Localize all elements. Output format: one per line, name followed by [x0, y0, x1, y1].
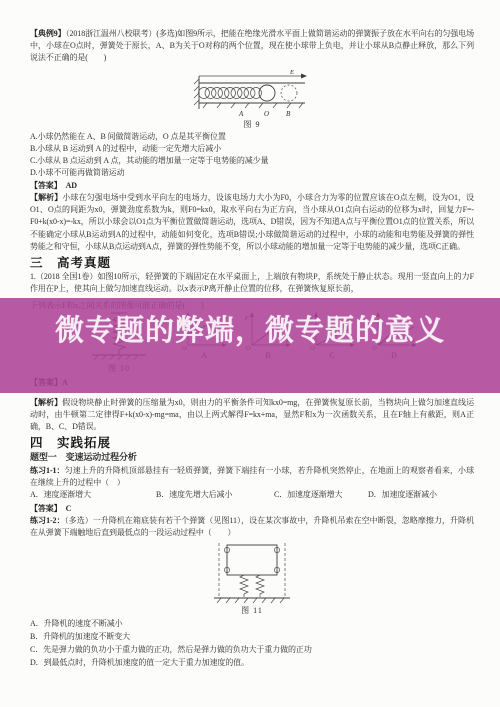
- banner-zone: 下列表示F和x之间关系的图像可能正确的是( ) 图 10: [0, 298, 500, 393]
- figure9-label-o: O: [264, 110, 269, 118]
- figure9-block: E: [30, 67, 474, 131]
- figure9-field-label: E: [289, 69, 294, 76]
- analysis-body: 假设物块静止时弹簧的压缩量为x0，则由力的平衡条件可知kx0=mg，在弹簧恢复原…: [30, 398, 474, 431]
- promo-banner-text: 微专题的弊端，微专题的意义: [55, 308, 445, 349]
- exercise12-paragraph: 练习1-2：（多选）一升降机在箱底装有若干个弹簧（见图11），设在某次事故中，升…: [30, 515, 474, 539]
- option-b: B．升降机的加速度不断变大: [30, 630, 474, 643]
- exercise11-options: A．速度逐渐增大 B．速度先增大后减小 C．加速度逐渐增大 D．加速度逐渐减小: [30, 489, 474, 502]
- example9-analysis: 【解析】小球在匀强电场中受到水平向左的电场力，设该电场力大小为F0，小球合力为零…: [30, 192, 474, 253]
- figure9-channel: [199, 83, 305, 108]
- answer-value: AD: [66, 181, 77, 190]
- analysis-body: 小球在匀强电场中受到水平向左的电场力，设该电场力大小为F0，小球合力为零的位置应…: [30, 193, 474, 251]
- exercise11-label: 练习1-1：: [30, 466, 65, 475]
- figure11-spring-left: [240, 575, 248, 597]
- gaokao1-paragraph: 1.（2018 全国1卷）如图10所示，轻弹簧的下端固定在水平桌面上，上端放有物…: [30, 271, 474, 295]
- figure9-spring-coil: [199, 87, 262, 98]
- gaokao1-analysis: 【解析】假设物块静止时弹簧的压缩量为x0，则由力的平衡条件可知kx0=mg，在弹…: [30, 397, 474, 434]
- figure9-position-labels: A O B: [238, 110, 291, 118]
- figure9-caption: 图 9: [30, 119, 474, 131]
- figure11-diagram: [206, 541, 298, 605]
- answer-value: C: [66, 504, 72, 513]
- section-practice-heading: 四 实践拓展: [30, 437, 474, 449]
- analysis-tag: 【解析】: [30, 398, 62, 407]
- figure11-ground: [214, 598, 290, 603]
- exercise12-body: （多选）一升降机在箱底装有若干个弹簧（见图11），设在某次事故中，升降机吊索在空…: [30, 516, 474, 537]
- exercise11-answer-line: 【答案】C: [30, 503, 474, 515]
- analysis-tag: 【解析】: [30, 193, 62, 202]
- example9-answer-line: 【答案】AD: [30, 180, 474, 192]
- promo-banner: 微专题的弊端，微专题的意义: [0, 298, 500, 393]
- option-a: A．升降机的速度不断减小: [30, 617, 474, 630]
- option-c: C．先是弹力做的负功小于重力做的正功，然后是弹力做的负功大于重力做的正功: [30, 643, 474, 656]
- example9-tag: 【典例9】: [30, 29, 66, 38]
- exercise11-paragraph: 练习1-1：匀速上升的升降机顶部悬挂有一轻质弹簧，弹簧下端挂有一小球，若升降机突…: [30, 465, 474, 489]
- option-b: B．速度先增大后减小: [156, 489, 274, 502]
- figure11-rollers: [224, 548, 279, 573]
- figure11-caption: 图 11: [30, 605, 474, 617]
- document-page: 【典例9】（2018浙江温州八校联考）(多选)如图9所示，把能在绝缘光滑水平面上…: [0, 0, 500, 707]
- figure11-block: 图 11: [30, 541, 474, 617]
- figure9-ball-dashed: [281, 85, 297, 101]
- example9-options: A.小球仍然能在 A、B 间做简谐运动，O 点是其平衡位置 B.小球从 B 运动…: [30, 131, 474, 179]
- figure11-cab: [227, 545, 277, 575]
- example9-paragraph: 【典例9】（2018浙江温州八校联考）(多选)如图9所示，把能在绝缘光滑水平面上…: [30, 28, 474, 65]
- figure9-label-b: B: [286, 110, 291, 118]
- exercise12-label: 练习1-2：: [30, 516, 65, 525]
- option-b: B.小球从 B 运动到 A 的过程中，动能一定先增大后减小: [30, 143, 474, 155]
- answer-tag: 【答案】: [30, 504, 62, 513]
- page-content-top: 【典例9】（2018浙江温州八校联考）(多选)如图9所示，把能在绝缘光滑水平面上…: [0, 0, 500, 296]
- example9-body: （2018浙江温州八校联考）(多选)如图9所示，把能在绝缘光滑水平面上做简谐运动…: [30, 29, 474, 62]
- question-type-heading: 题型一 变速运动过程分析: [30, 451, 474, 463]
- option-c: C.小球从 B 点运动到 A 点，其动能的增加量一定等于电势能的减少量: [30, 155, 474, 167]
- exercise11-body: 匀速上升的升降机顶部悬挂有一轻质弹簧，弹簧下端挂有一小球，若升降机突然停止，在地…: [30, 466, 474, 487]
- section-gaokao-heading: 三 高考真题: [30, 257, 474, 269]
- figure11-spring-right: [256, 575, 264, 597]
- option-c: C．加速度逐渐增大: [274, 489, 368, 502]
- answer-tag: 【答案】: [30, 181, 62, 190]
- option-a: A.小球仍然能在 A、B 间做简谐运动，O 点是其平衡位置: [30, 131, 474, 143]
- option-d: D．到最低点时，升降机加速度的值一定大于重力加速度的值。: [30, 656, 474, 669]
- figure9-label-a: A: [238, 110, 244, 118]
- exercise12-options: A．升降机的速度不断减小 B．升降机的加速度不断变大 C．先是弹力做的负功小于重…: [30, 617, 474, 669]
- page-content-bottom: 【解析】假设物块静止时弹簧的压缩量为x0，则由力的平衡条件可知kx0=mg，在弹…: [0, 393, 500, 670]
- option-d: D.小球不可能再做简谐运动: [30, 167, 474, 179]
- option-d: D．加速度逐渐减小: [368, 489, 437, 502]
- figure9-field-line: E: [199, 69, 307, 79]
- option-a: A．速度逐渐增大: [30, 489, 156, 502]
- figure9-diagram: E: [191, 67, 313, 119]
